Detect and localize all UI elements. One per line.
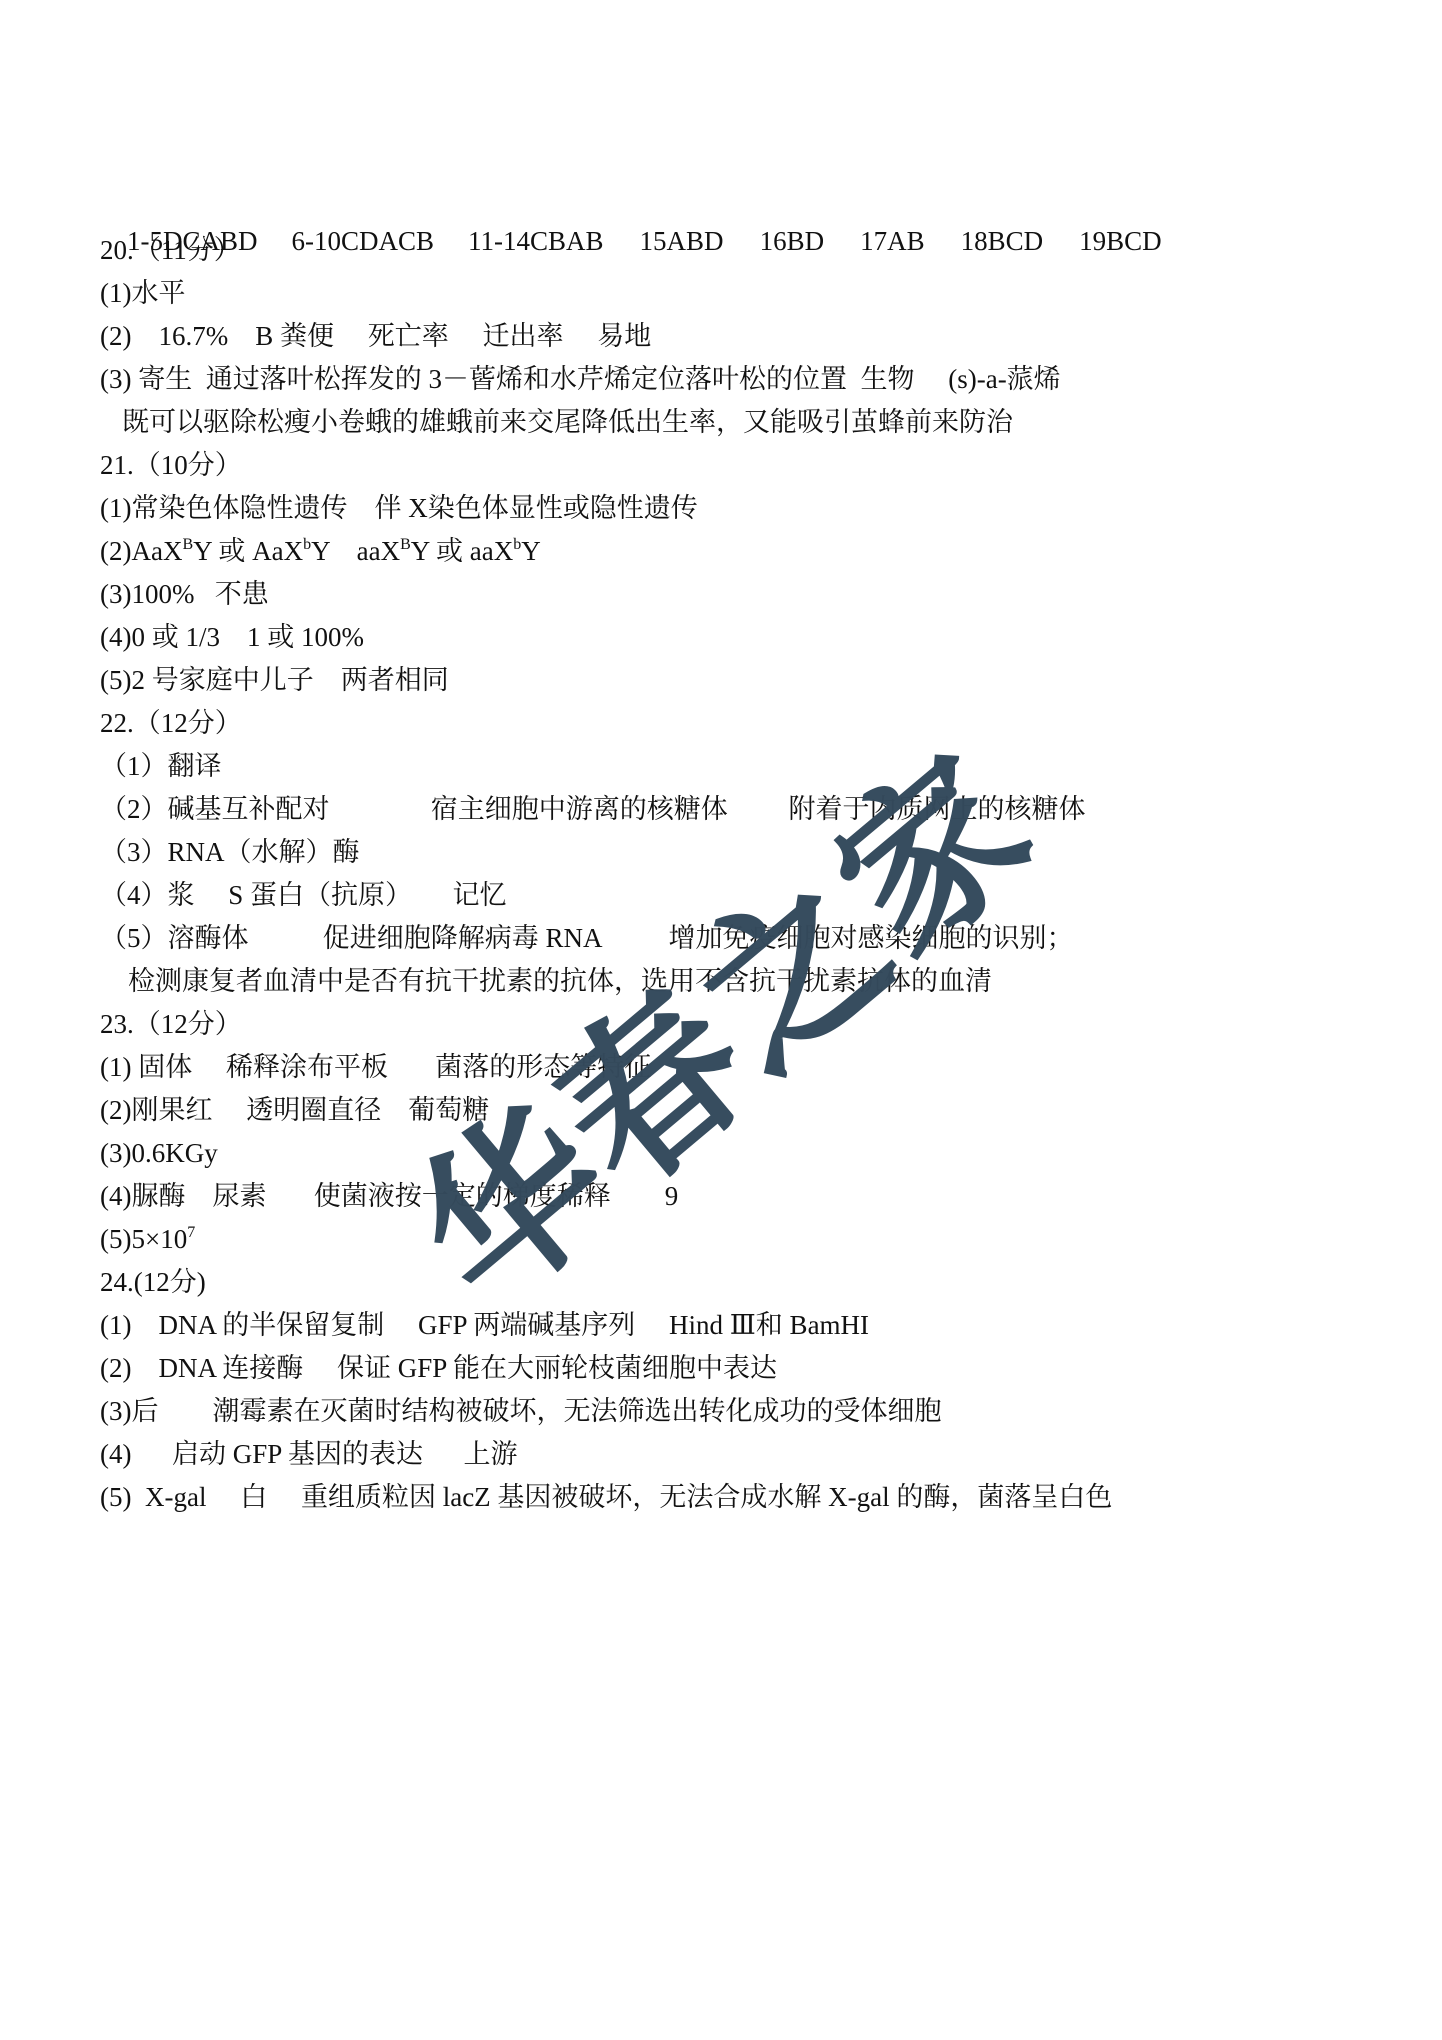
genotype-1b: AaX: [252, 536, 303, 566]
q22-answer-5: （5）溶酶体 促进细胞降解病毒 RNA 增加免疫细胞对感染细胞的识别；: [100, 921, 1074, 955]
q23-title: 23.（12分）: [100, 1007, 242, 1041]
answer-sheet-page: 1-5DCABD6-10CDACB11-14CBAB15ABD16BD17AB1…: [0, 0, 1442, 2040]
q22-answer-4: （4）浆 S 蛋白（抗原） 记忆: [100, 878, 507, 912]
q20-answer-2: (2) 16.7% B 粪便 死亡率 迁出率 易地: [100, 319, 651, 353]
genotype-2b-tail: Y: [521, 536, 541, 566]
genotype-1a-tail: Y 或: [193, 536, 252, 566]
genotype-2a-sup: B: [400, 536, 411, 553]
q22-answer-5-continued: 检测康复者血清中是否有抗干扰素的抗体，选用不含抗干扰素抗体的血清: [128, 964, 992, 998]
genotype-2b: aaX: [470, 536, 513, 566]
q20-answer-1: (1)水平: [100, 276, 185, 310]
q24-answer-2: (2) DNA 连接酶 保证 GFP 能在大丽轮枝菌细胞中表达: [100, 1351, 777, 1385]
q21-title: 21.（10分）: [100, 448, 242, 482]
genotype-1a-sup: B: [182, 536, 193, 553]
q23-answer-4: (4)脲酶 尿素 使菌液按一定的梯度稀释 9: [100, 1179, 678, 1213]
choice-19: 19BCD: [1079, 224, 1162, 258]
q23-answer-1: (1) 固体 稀释涂布平板 菌落的形态等特征: [100, 1050, 651, 1084]
q24-answer-4: (4) 启动 GFP 基因的表达 上游: [100, 1437, 518, 1471]
q21-answer-1: (1)常染色体隐性遗传 伴 X染色体显性或隐性遗传: [100, 491, 698, 525]
q21-answer-2-prefix: (2): [100, 536, 131, 566]
q20-title: 20.（11分）: [100, 233, 241, 267]
q24-answer-3: (3)后 潮霉素在灭菌时结构被破坏，无法筛选出转化成功的受体细胞: [100, 1394, 941, 1428]
q23-answer-5-exponent: 7: [187, 1224, 195, 1241]
q21-answer-3: (3)100% 不患: [100, 577, 269, 611]
genotype-1a: AaX: [131, 536, 182, 566]
q21-answer-4: (4)0 或 1/3 1 或 100%: [100, 620, 364, 654]
q24-title: 24.(12分): [100, 1265, 206, 1299]
q23-answer-3: (3)0.6KGy: [100, 1136, 218, 1170]
q21-answer-5: (5)2 号家庭中儿子 两者相同: [100, 663, 449, 697]
q20-answer-3: (3) 寄生 通过落叶松挥发的 3－蒈烯和水芹烯定位落叶松的位置 生物 (s)-…: [100, 362, 1061, 396]
choice-16: 16BD: [760, 224, 825, 258]
q24-answer-1: (1) DNA 的半保留复制 GFP 两端碱基序列 Hind Ⅲ和 BamHI: [100, 1308, 869, 1342]
choice-18: 18BCD: [961, 224, 1044, 258]
choice-15: 15ABD: [640, 224, 724, 258]
choice-17: 17AB: [860, 224, 925, 258]
genotype-2a: aaX: [357, 536, 400, 566]
q22-answer-1: （1）翻译: [100, 749, 222, 783]
q23-answer-5-base: (5)5×10: [100, 1224, 187, 1254]
choice-6-10: 6-10CDACB: [292, 224, 435, 258]
q22-answer-2: （2）碱基互补配对 宿主细胞中游离的核糖体 附着于内质网上的核糖体: [100, 792, 1086, 826]
genotype-1b-sup: b: [303, 536, 311, 553]
q22-title: 22.（12分）: [100, 706, 242, 740]
choice-11-14: 11-14CBAB: [468, 224, 604, 258]
q24-answer-5: (5) X-gal 白 重组质粒因 lacZ 基因被破坏，无法合成水解 X-ga…: [100, 1480, 1112, 1514]
genotype-2a-tail: Y 或: [411, 536, 470, 566]
q20-answer-3-continued: 既可以驱除松瘦小卷蛾的雄蛾前来交尾降低出生率，又能吸引茧蜂前来防治: [122, 405, 1013, 439]
q22-answer-3: （3）RNA（水解）酶: [100, 835, 360, 869]
genotype-1b-tail: Y: [311, 536, 357, 566]
choice-answer-key: 1-5DCABD6-10CDACB11-14CBAB15ABD16BD17AB1…: [100, 190, 1162, 292]
q23-answer-2: (2)刚果红 透明圈直径 葡萄糖: [100, 1093, 489, 1127]
q23-answer-5: (5)5×107: [100, 1222, 195, 1256]
q21-answer-2: (2)AaXBY 或 AaXbY aaXBY 或 aaXbY: [100, 534, 541, 568]
